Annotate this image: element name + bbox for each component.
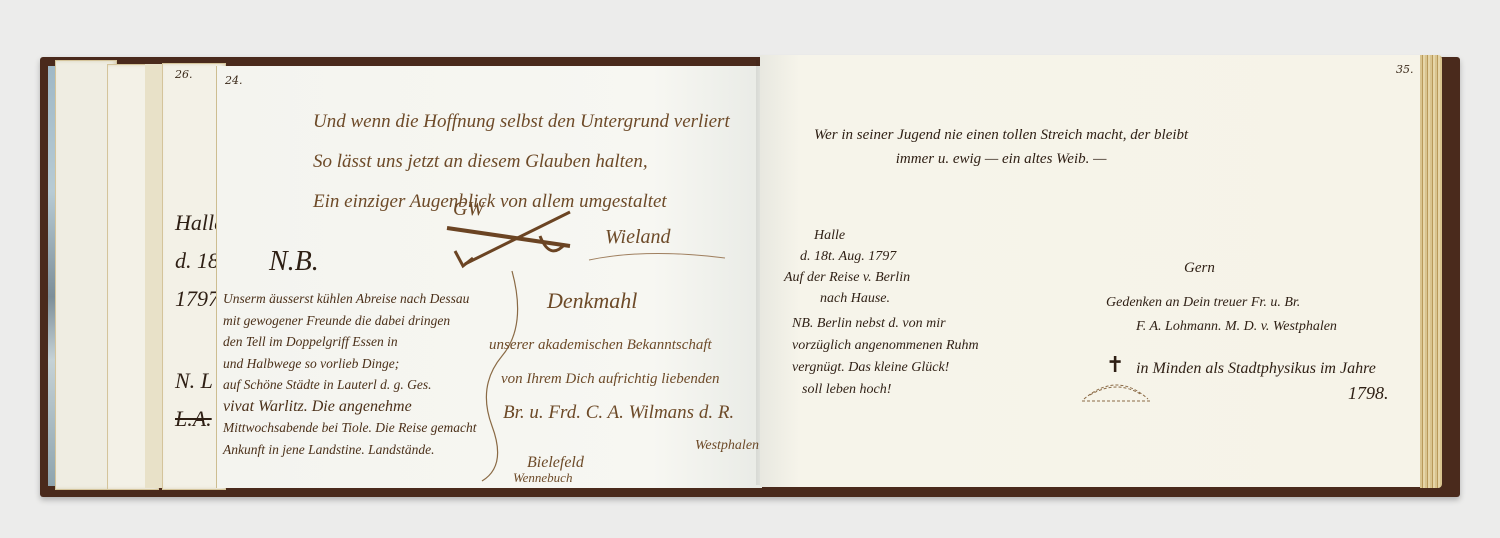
place-date: Halle d. 18t. Aug. 1797 Auf der Reise v.… — [784, 225, 910, 309]
right-page: 35. Wer in seiner Jugend nie einen tolle… — [760, 55, 1420, 487]
left-page: 24. Und wenn die Hoffnung selbst den Unt… — [216, 66, 762, 488]
memorial-heading: Gern — [1184, 260, 1215, 277]
grave-symbol: ✝ — [1082, 353, 1152, 403]
gilt-fore-edge — [1420, 55, 1442, 488]
leaf-stack-edge — [145, 64, 163, 488]
nb-entry-right: NB. Berlin nebst d. von mir vorzüglich a… — [792, 313, 979, 401]
motto: Wer in seiner Jugend nie einen tollen St… — [814, 123, 1188, 171]
burial-mound-icon — [1082, 377, 1152, 403]
poem-stanza: Und wenn die Hoffnung selbst den Untergr… — [313, 102, 730, 222]
denkmahl-entry: unserer akademischen Bekanntschaft von I… — [489, 328, 734, 430]
page-number: 24. — [225, 74, 243, 87]
nb-entry: Unserm äusserst kühlen Abreise nach Dess… — [223, 288, 476, 460]
denkmahl-title: Denkmahl — [547, 288, 637, 314]
westphalen-text: Westphalen — [695, 438, 759, 454]
signature-flourish — [587, 246, 727, 266]
page-number: 26. — [175, 68, 193, 81]
page-number: 35. — [1396, 63, 1414, 76]
nb-heading: N.B. — [269, 246, 319, 278]
wennebuch-text: Wennebuch — [513, 470, 572, 486]
cross-icon: ✝ — [1106, 353, 1124, 378]
